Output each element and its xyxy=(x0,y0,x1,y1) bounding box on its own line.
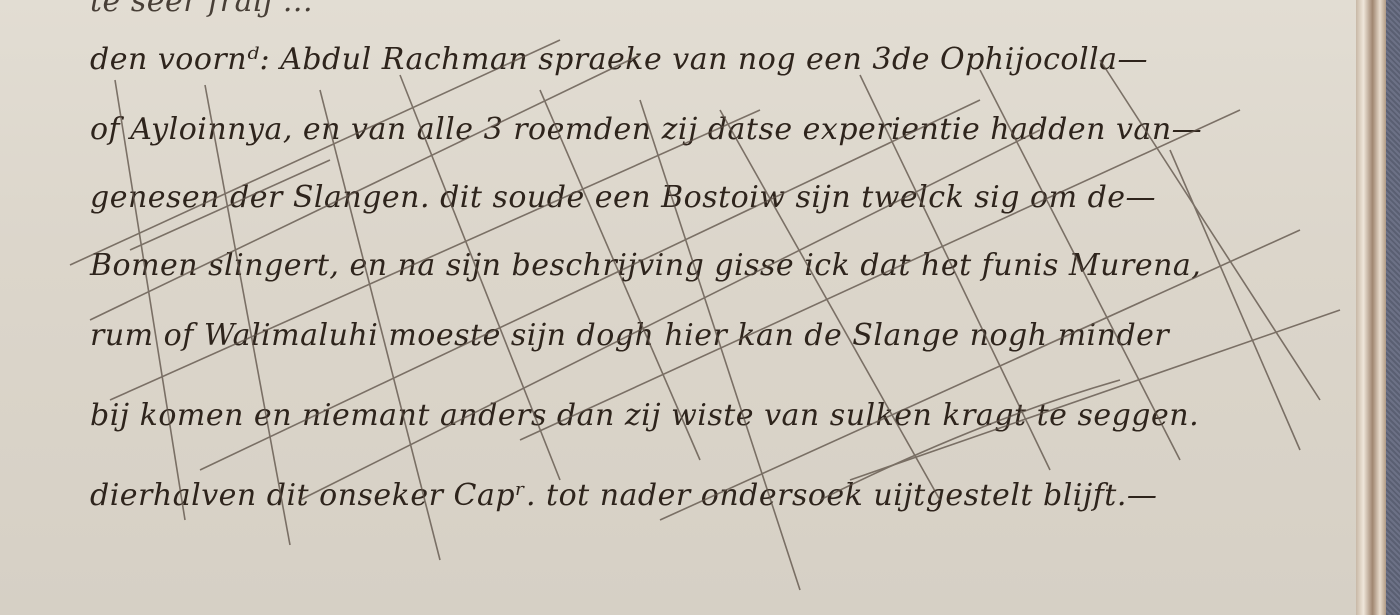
torn-page-edge xyxy=(1356,0,1386,615)
fabric-backdrop xyxy=(1386,0,1400,615)
text-line-5: rum of Walimaluhi moeste sijn dogh hier … xyxy=(90,318,1169,353)
text-line-0: te seer fraij ... xyxy=(90,0,313,19)
text-line-4: Bomen slingert, en na sijn beschrijving … xyxy=(90,248,1201,283)
text-line-6: bij komen en niemant anders dan zij wist… xyxy=(90,398,1199,433)
text-line-3: genesen der Slangen. dit soude een Bosto… xyxy=(90,180,1156,215)
strike-through-hatching xyxy=(0,0,1360,615)
text-line-1: den voornᵈ: Abdul Rachman spraeke van no… xyxy=(90,42,1148,77)
text-line-7: dierhalven dit onseker Capʳ. tot nader o… xyxy=(90,478,1157,513)
text-line-2: of Ayloinnya, en van alle 3 roemden zij … xyxy=(90,112,1202,147)
manuscript-page: te seer fraij ... den voornᵈ: Abdul Rach… xyxy=(0,0,1360,615)
